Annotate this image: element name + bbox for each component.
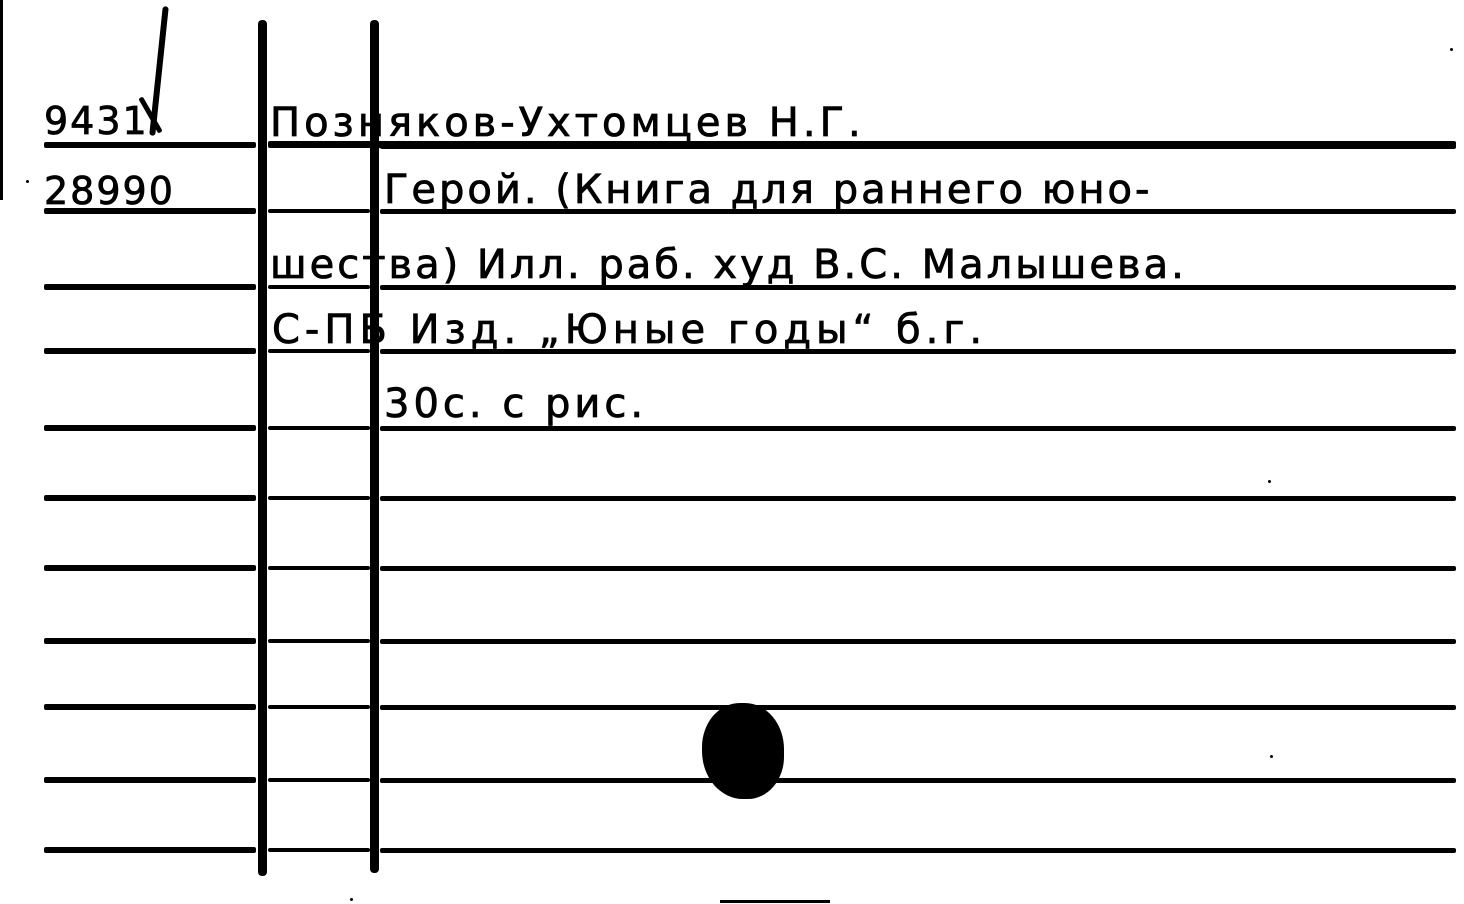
ruled-line — [268, 639, 370, 643]
catalog-card: 9431 28990 Позняков-Ухтомцев Н.Г. Герой.… — [0, 0, 1464, 904]
title-line-1: Герой. (Книга для раннего юно- — [384, 170, 1152, 210]
ruled-line — [380, 566, 1456, 571]
ruled-line — [44, 638, 256, 644]
ruled-line — [380, 778, 1456, 783]
scan-speck — [350, 898, 353, 901]
ruled-line — [44, 704, 256, 710]
scan-artifact — [720, 900, 830, 903]
ruled-line — [268, 496, 370, 500]
ruled-line — [380, 848, 1456, 853]
card-left-edge — [0, 0, 3, 200]
vertical-rule-left — [258, 20, 267, 876]
scan-speck — [1270, 755, 1273, 758]
ruled-line — [380, 496, 1456, 501]
ruled-line — [44, 495, 256, 501]
ruled-line — [44, 284, 256, 290]
ruled-line — [44, 777, 256, 783]
ruled-line — [44, 348, 256, 354]
ruled-line — [380, 639, 1456, 644]
punch-hole — [702, 703, 784, 799]
ruled-line — [268, 848, 370, 852]
scan-speck — [1268, 480, 1271, 483]
scan-speck — [1450, 48, 1453, 51]
shelf-mark: 9431 — [44, 102, 149, 140]
scan-speck — [26, 180, 29, 183]
ruled-line — [268, 566, 370, 570]
extent-line: 30с. с рис. — [384, 384, 647, 424]
inventory-number: 28990 — [44, 172, 175, 210]
author-line: Позняков-Ухтомцев Н.Г. — [270, 103, 865, 143]
ruled-line — [268, 426, 370, 430]
ruled-line — [268, 705, 370, 709]
ruled-line — [380, 705, 1456, 710]
title-line-2: шества) Илл. раб. худ В.С. Малышева. — [270, 245, 1187, 285]
ruled-line — [268, 778, 370, 782]
ruled-line — [44, 425, 256, 431]
imprint-line: С-ПБ Изд. „Юные годы“ б.г. — [272, 310, 987, 350]
ruled-line — [44, 847, 256, 853]
ruled-line — [44, 565, 256, 571]
ruled-line — [268, 209, 370, 213]
